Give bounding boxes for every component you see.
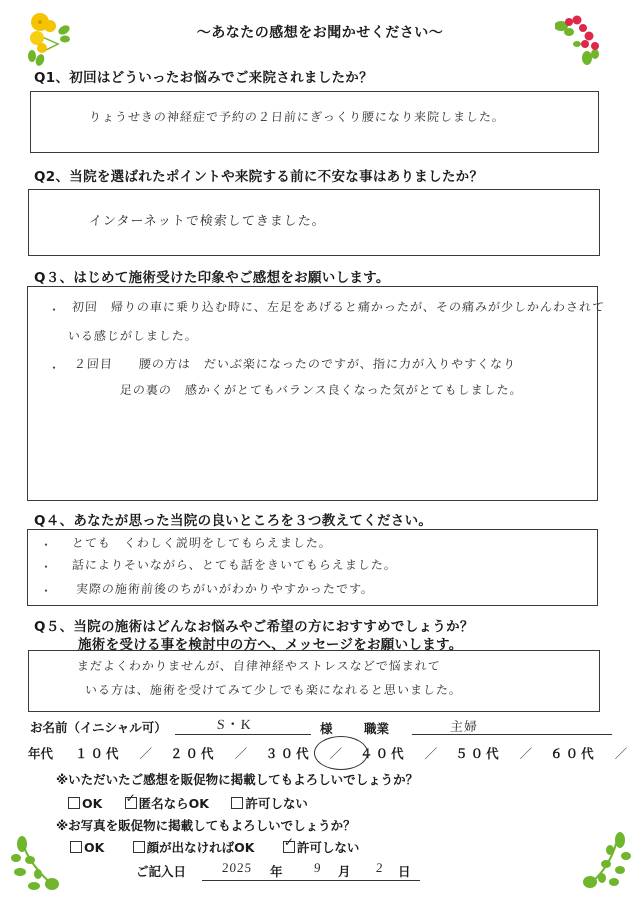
question-1-label: Q1、初回はどういったお悩みでご来院されましたか？ <box>34 66 373 86</box>
question-3-answer-line: 足の裏の 感かくがとてもバランス良くなった気がとてもしました。 <box>119 381 523 398</box>
date-day: 2 <box>375 860 384 876</box>
age-selected-circle <box>314 736 368 770</box>
question-3-answer-line: いる感じがしました。 <box>67 327 198 344</box>
age-option-30s[interactable]: ３０代 <box>265 744 312 762</box>
question-1-answer-box[interactable]: りょうせきの神経症で予約の２日前にぎっくり腰になり来院しました。 <box>30 91 599 153</box>
consent-review-question: ※いただいたご感想を販促物に掲載してもよろしいでしょうか？ <box>56 770 418 788</box>
occupation-label: 職業 <box>364 719 389 737</box>
age-option-20s[interactable]: ２０代 <box>170 744 217 762</box>
consent-review-options: OK 匿名ならOK 許可しない <box>68 794 326 812</box>
date-day-unit: 日 <box>398 862 411 880</box>
date-month-unit: 月 <box>338 862 351 880</box>
date-year: 2025 <box>221 860 252 876</box>
bullet: ・ <box>48 359 60 376</box>
question-4-answer-line: 実際の施術前後のちがいがわかりやすかったです。 <box>75 580 374 597</box>
age-option-50s[interactable]: ５０代 <box>455 744 502 762</box>
age-option-60s[interactable]: ６０代 <box>550 744 597 762</box>
age-separator: ／ <box>425 744 438 762</box>
question-5-answer-box[interactable]: まだよくわかりませんが、自律神経やストレスなどで悩まれて いる方は、施術を受けて… <box>28 650 600 712</box>
consent-review-deny[interactable]: 許可しない <box>231 796 308 811</box>
checkbox[interactable] <box>68 797 80 809</box>
consent-photo-ok[interactable]: OK <box>70 840 104 855</box>
question-4-label: Q４、あなたが思った当院の良いところを３つ教えてください。 <box>34 509 432 529</box>
consent-review-ok[interactable]: OK <box>68 796 102 811</box>
date-label: ご記入日 <box>136 862 186 880</box>
question-1-answer-line: りょうせきの神経症で予約の２日前にぎっくり腰になり来院しました。 <box>88 108 505 125</box>
age-separator: ／ <box>140 744 153 762</box>
question-3-label: Q３、はじめて施術受けた印象やご感想をお願いします。 <box>34 266 390 286</box>
checkbox[interactable] <box>133 841 145 853</box>
question-5-answer-line: まだよくわかりませんが、自律神経やストレスなどで悩まれて <box>76 657 441 674</box>
age-separator: ／ <box>615 744 628 762</box>
question-2-answer-box[interactable]: インターネットで検索してきました。 <box>28 189 600 256</box>
consent-photo-question: ※お写真を販促物に掲載してもよろしいでしょうか？ <box>56 816 356 834</box>
question-5-answer-line: いる方は、施術を受けてみて少しでも楽になれると思いました。 <box>84 681 462 698</box>
name-label: お名前（イニシャル可） <box>30 718 167 736</box>
green-leaf-icon <box>10 836 60 892</box>
question-4-answer-line: 話によりそいながら、とても話をきいてもらえました。 <box>71 556 397 573</box>
question-3-answer-line: ２回目 腰の方は だいぶ楽になったのですが、指に力が入りやすくなり <box>73 355 516 372</box>
age-option-10s[interactable]: １０代 <box>75 744 122 762</box>
question-4-answer-box[interactable]: ・ とても くわしく説明をしてもらえました。 ・ 話によりそいながら、とても話を… <box>27 529 598 606</box>
checkbox-checked[interactable] <box>125 797 137 809</box>
question-3-answer-line: 初回 帰りの車に乗り込む時に、左足をあげると痛かったが、その痛みが少しかんわされ… <box>71 298 605 315</box>
green-leaf-icon <box>580 832 632 892</box>
question-2-label: Q2、当院を選ばれたポイントや来院する前に不安な事はありましたか？ <box>34 165 483 185</box>
consent-photo-no-face-ok[interactable]: 顔が出なければOK <box>133 840 255 855</box>
name-value: S・K <box>216 714 252 734</box>
bullet: ・ <box>40 582 52 599</box>
name-field[interactable]: S・K <box>175 718 311 735</box>
date-year-unit: 年 <box>270 862 283 880</box>
question-3-answer-box[interactable]: ・ 初回 帰りの車に乗り込む時に、左足をあげると痛かったが、その痛みが少しかんわ… <box>27 286 598 501</box>
consent-photo-deny[interactable]: 許可しない <box>283 840 360 855</box>
age-separator: ／ <box>235 744 248 762</box>
question-2-answer-line: インターネットで検索してきました。 <box>88 210 326 229</box>
honorific-label: 様 <box>320 719 333 737</box>
question-4-answer-line: とても くわしく説明をしてもらえました。 <box>71 534 332 551</box>
consent-review-anonymous-ok[interactable]: 匿名ならOK <box>125 796 209 811</box>
consent-photo-options: OK 顔が出なければOK 許可しない <box>70 838 377 856</box>
age-label: 年代 <box>28 744 53 762</box>
occupation-field[interactable]: 主婦 <box>412 718 612 735</box>
bullet: ・ <box>40 536 52 553</box>
question-5-label: Q５、当院の施術はどんなお悩みやご希望の方におすすめでしょうか？ <box>34 615 474 635</box>
occupation-value: 主婦 <box>449 716 478 735</box>
date-month: 9 <box>313 860 322 876</box>
checkbox[interactable] <box>231 797 243 809</box>
checkbox-checked[interactable] <box>283 841 295 853</box>
bullet: ・ <box>48 301 60 318</box>
date-field[interactable]: 2025 年 9 月 2 日 <box>202 860 420 881</box>
checkbox[interactable] <box>70 841 82 853</box>
page-title: ～あなたの感想をお聞かせください～ <box>0 22 640 42</box>
bullet: ・ <box>40 558 52 575</box>
age-separator: ／ <box>520 744 533 762</box>
